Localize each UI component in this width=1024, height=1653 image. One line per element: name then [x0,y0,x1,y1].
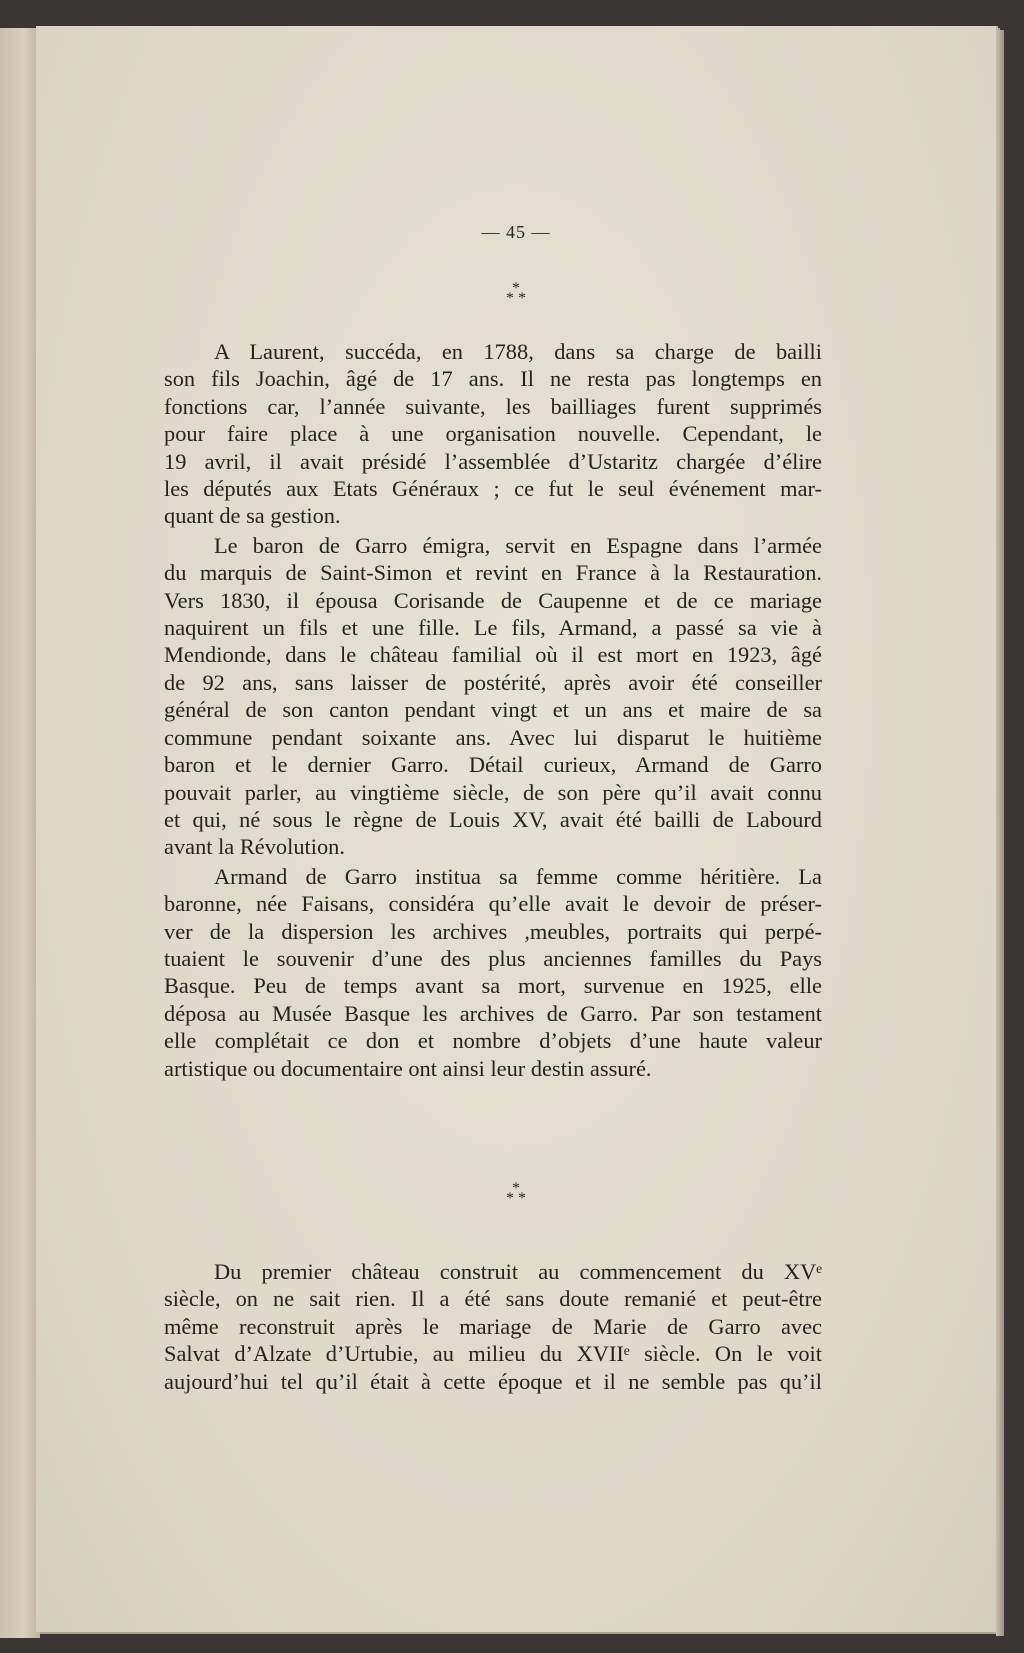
section-separator-asterism-2: * * * [36,1184,996,1204]
text-line: Du premier château construit au commence… [164,1258,822,1285]
text-line: Salvat d’Alzate d’Urtubie, au milieu du … [164,1340,822,1367]
text-line: Le baron de Garro émigra, servit en Espa… [164,532,822,559]
text-line: même reconstruit après le mariage de Mar… [164,1313,822,1340]
text-line: aujourd’hui tel qu’il était à cette époq… [164,1368,822,1395]
text-line: et qui, né sous le règne de Louis XV, av… [164,806,822,833]
text-line: elle complétait ce don et nombre d’objet… [164,1027,822,1054]
text-line: naquirent un fils et une fille. Le fils,… [164,614,822,641]
text-line: de 92 ans, sans laisser de postérité, ap… [164,669,822,696]
asterism-bottom: * * [36,294,996,304]
section-1-text: A Laurent, succéda, en 1788, dans sa cha… [164,338,822,1084]
text-line: Armand de Garro institua sa femme comme … [164,863,822,890]
text-line: Vers 1830, il épousa Corisande de Caupen… [164,587,822,614]
book-page: — 45 — * * * A Laurent, succéda, en 1788… [36,26,996,1632]
section-2-text: Du premier château construit au commence… [164,1258,822,1397]
text-line: baronne, née Faisans, considéra qu’elle … [164,890,822,917]
text-line: 19 avril, il avait présidé l’assemblée d… [164,448,822,475]
text-line: les députés aux Etats Généraux ; ce fut … [164,475,822,502]
text-line: artistique ou documentaire ont ainsi leu… [164,1055,822,1082]
text-line: baron et le dernier Garro. Détail curieu… [164,751,822,778]
text-line: quant de sa gestion. [164,502,822,529]
page-edge [996,30,1004,1636]
paragraph-1: A Laurent, succéda, en 1788, dans sa cha… [164,338,822,530]
text-line: Mendionde, dans le château familial où i… [164,641,822,668]
paragraph-2: Le baron de Garro émigra, servit en Espa… [164,532,822,861]
paragraph-3: Armand de Garro institua sa femme comme … [164,863,822,1082]
text-line: ver de la dispersion les archives ,meubl… [164,918,822,945]
section-separator-asterism: * * * [36,284,996,304]
asterism-bottom: * * [36,1194,996,1204]
text-line: tuaient le souvenir d’une des plus ancie… [164,945,822,972]
text-line: Basque. Peu de temps avant sa mort, surv… [164,972,822,999]
text-line: pour faire place à une organisation nouv… [164,420,822,447]
text-line: avant la Révolution. [164,833,822,860]
page-number: — 45 — [36,222,996,243]
text-line: commune pendant soixante ans. Avec lui d… [164,724,822,751]
text-line: son fils Joachin, âgé de 17 ans. Il ne r… [164,365,822,392]
text-line: général de son canton pendant vingt et u… [164,696,822,723]
text-line: fonctions car, l’année suivante, les bai… [164,393,822,420]
text-line: déposa au Musée Basque les archives de G… [164,1000,822,1027]
paragraph-4: Du premier château construit au commence… [164,1258,822,1395]
facing-page-edge [0,28,40,1638]
text-line: siècle, on ne sait rien. Il a été sans d… [164,1285,822,1312]
text-line: du marquis de Saint-Simon et revint en F… [164,559,822,586]
text-line: A Laurent, succéda, en 1788, dans sa cha… [164,338,822,365]
text-line: pouvait parler, au vingtième siècle, de … [164,779,822,806]
